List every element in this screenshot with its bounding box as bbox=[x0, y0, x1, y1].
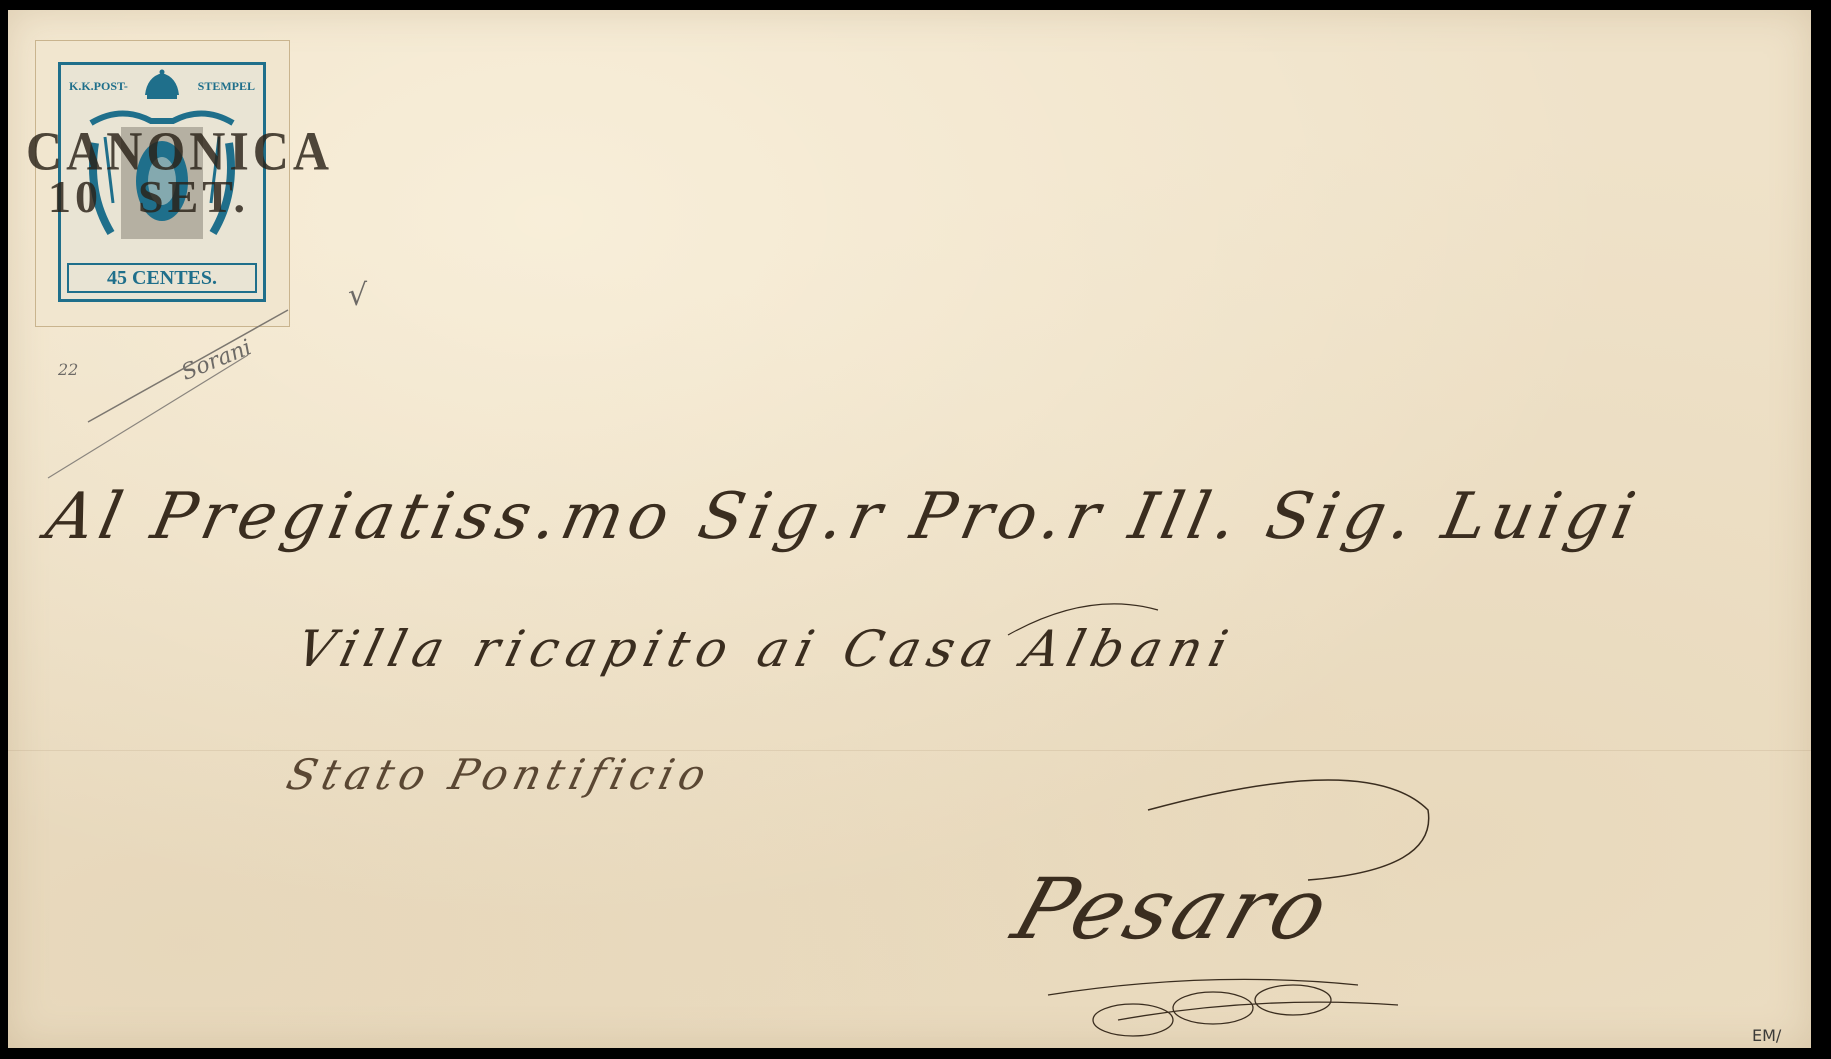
crown-icon bbox=[141, 69, 183, 101]
corner-mark: EM/ bbox=[1752, 1026, 1781, 1045]
stamp-value: 45 CENTES. bbox=[67, 263, 257, 293]
stamp-top-right-text: STEMPEL bbox=[198, 79, 255, 94]
cancel-town: CANONICA bbox=[26, 124, 333, 179]
fold-line bbox=[8, 750, 1811, 751]
pencil-number: 22 bbox=[58, 360, 78, 379]
address-line-2: Villa ricapito ai Casa Albani bbox=[291, 620, 1241, 678]
address-destination-city: Pesaro bbox=[1002, 860, 1344, 958]
stamp-top-left-text: K.K.POST- bbox=[69, 79, 128, 94]
address-line-3: Stato Pontificio bbox=[282, 750, 717, 799]
pencil-check-mark: √ bbox=[348, 278, 367, 313]
cancellation-postmark: CANONICA 10SET. bbox=[26, 126, 333, 220]
postal-cover: K.K.POST- STEMPEL 45 CENTES. CANONICA 10… bbox=[8, 10, 1811, 1048]
expert-signature: Sorani bbox=[178, 335, 255, 386]
address-line-1: Al Pregiatiss.mo Sig.r Pro.r Ill. Sig. L… bbox=[40, 480, 1647, 554]
